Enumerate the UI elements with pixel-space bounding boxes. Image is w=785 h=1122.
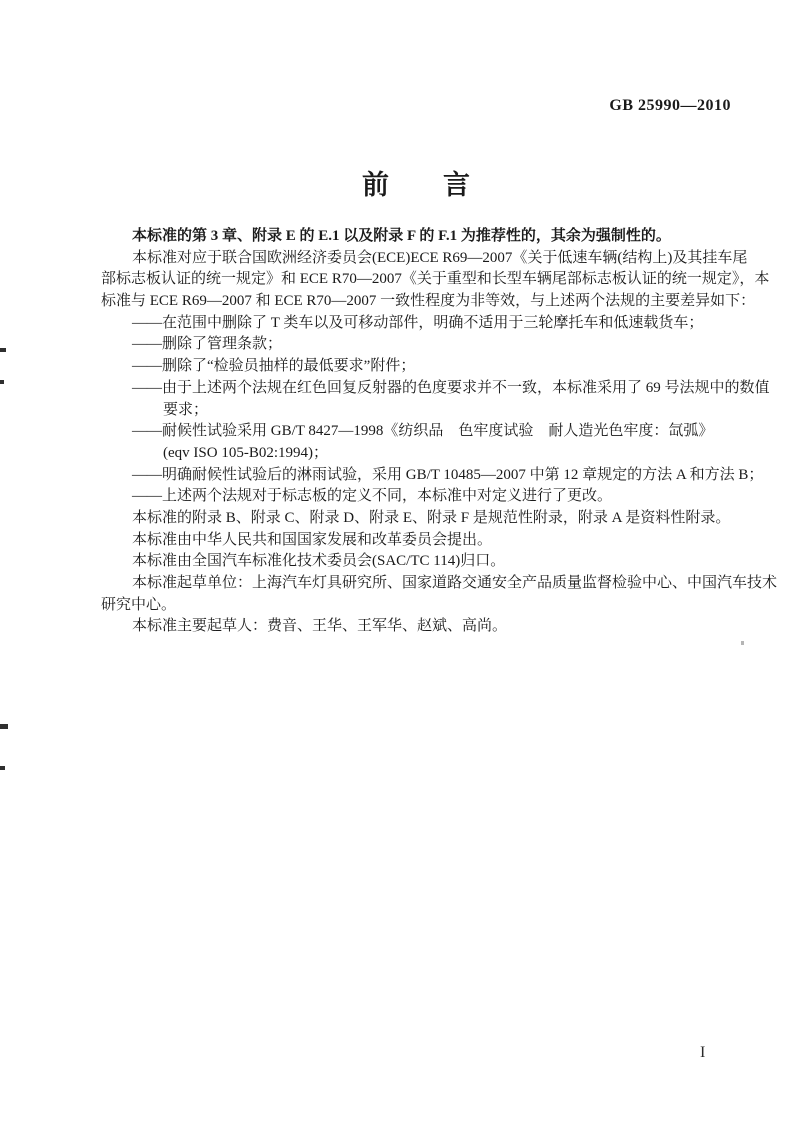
text-line: ——耐候性试验采用 GB/T 8427—1998《纺织品 色牢度试验 耐人造光色… — [101, 421, 741, 443]
text-line: 部标志板认证的统一规定》和 ECE R70—2007《关于重型和长型车辆尾部标志… — [101, 269, 741, 291]
text-line: ——明确耐候性试验后的淋雨试验，采用 GB/T 10485—2007 中第 12… — [101, 465, 741, 487]
text-line: ——删除了管理条款； — [101, 334, 741, 356]
scan-artifact-mark — [741, 641, 744, 645]
page-number: I — [700, 1044, 705, 1062]
text-line: 要求； — [101, 400, 741, 422]
scan-artifact-mark — [0, 348, 6, 352]
standard-code: GB 25990—2010 — [101, 97, 731, 115]
page-title: 前 言 — [101, 163, 731, 202]
text-line: ——上述两个法规对于标志板的定义不同，本标准中对定义进行了更改。 — [101, 486, 741, 508]
text-line: 本标准的第 3 章、附录 E 的 E.1 以及附录 F 的 F.1 为推荐性的，… — [101, 226, 741, 248]
text-line: 研究中心。 — [101, 595, 741, 617]
text-line: 本标准对应于联合国欧洲经济委员会(ECE)ECE R69—2007《关于低速车辆… — [101, 248, 741, 270]
text-line: 本标准主要起草人：费音、王华、王军华、赵斌、高尚。 — [101, 616, 741, 638]
text-line: 本标准起草单位：上海汽车灯具研究所、国家道路交通安全产品质量监督检验中心、中国汽… — [101, 573, 741, 595]
text-line: 本标准的附录 B、附录 C、附录 D、附录 E、附录 F 是规范性附录，附录 A… — [101, 508, 741, 530]
scan-artifact-mark — [0, 380, 4, 384]
text-line: 本标准由全国汽车标准化技术委员会(SAC/TC 114)归口。 — [101, 551, 741, 573]
text-line: ——由于上述两个法规在红色回复反射器的色度要求并不一致，本标准采用了 69 号法… — [101, 378, 741, 400]
text-line: ——在范围中删除了 T 类车以及可移动部件，明确不适用于三轮摩托车和低速载货车； — [101, 313, 741, 335]
text-line: ——删除了“检验员抽样的最低要求”附件； — [101, 356, 741, 378]
text-line: (eqv ISO 105-B02:1994)； — [101, 443, 741, 465]
document-page: GB 25990—2010 前 言 本标准的第 3 章、附录 E 的 E.1 以… — [0, 0, 785, 1122]
foreword-body: 本标准的第 3 章、附录 E 的 E.1 以及附录 F 的 F.1 为推荐性的，… — [101, 226, 741, 638]
text-line: 本标准由中华人民共和国国家发展和改革委员会提出。 — [101, 530, 741, 552]
scan-artifact-mark — [0, 766, 5, 770]
scan-artifact-mark — [0, 724, 8, 729]
text-line: 标准与 ECE R69—2007 和 ECE R70—2007 一致性程度为非等… — [101, 291, 741, 313]
